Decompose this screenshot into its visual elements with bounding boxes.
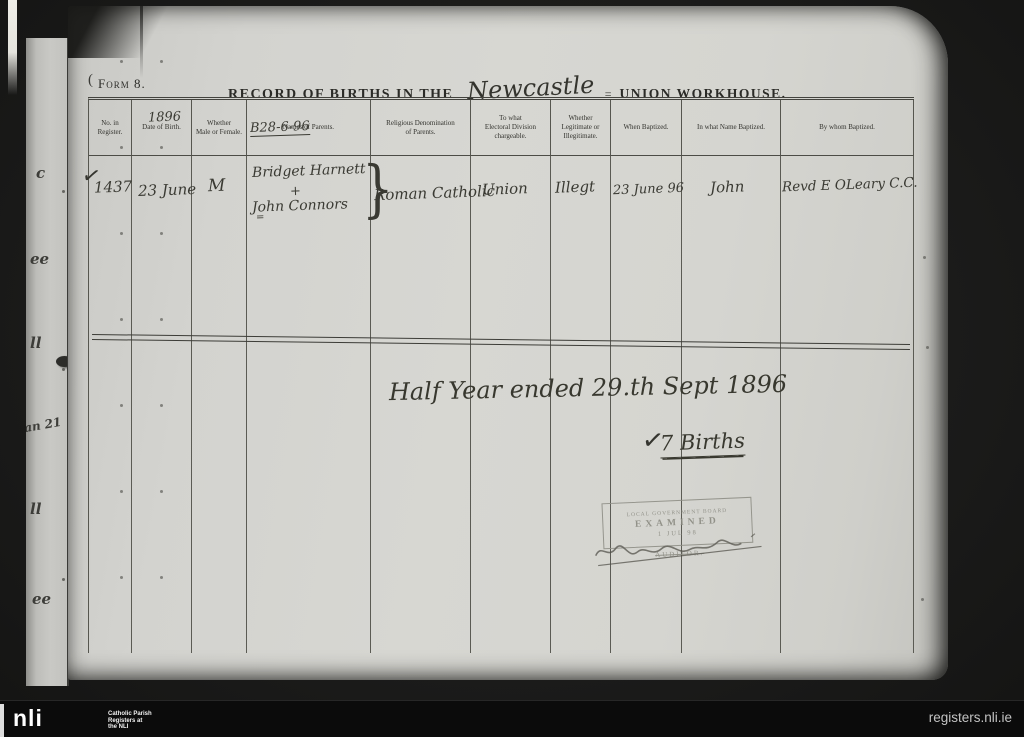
births-total: 7 Births bbox=[660, 429, 746, 459]
handwritten-code: B28-6-96 bbox=[250, 119, 310, 137]
column-header-label: By whom Baptized. bbox=[819, 123, 875, 132]
examined-stamp: LOCAL GOVERNMENT BOARD EXAMINED 1 JUL 98… bbox=[601, 497, 756, 578]
cell-electoral-division: Union bbox=[482, 179, 528, 199]
column-header-sex: Whether Male or Female. bbox=[192, 100, 247, 156]
table-column bbox=[781, 156, 914, 653]
table-column bbox=[247, 156, 371, 653]
adjacent-page-edge: c ee ll an 21 ll ee bbox=[26, 38, 69, 686]
bleed-fragment: c bbox=[36, 164, 45, 182]
column-header-date-of-birth: Date of Birth. bbox=[132, 100, 192, 156]
handwritten-year: 1896 bbox=[148, 109, 182, 125]
column-header-baptized-by: By whom Baptized. bbox=[781, 100, 914, 156]
bleed-fragment: ll bbox=[30, 500, 41, 518]
table-column bbox=[192, 156, 247, 653]
parent2-mark: = bbox=[256, 212, 265, 223]
bleed-fragment: ll bbox=[30, 334, 41, 352]
table-column bbox=[471, 156, 551, 653]
column-header-legitimacy: Whether Legitimate or Illegitimate. bbox=[551, 100, 611, 156]
column-header-label: Religious Denomination of Parents. bbox=[386, 119, 455, 137]
table-column bbox=[611, 156, 682, 653]
bleed-fragment: ee bbox=[32, 590, 51, 608]
cell-when-baptized: 23 June 96 bbox=[613, 181, 684, 198]
table-column bbox=[89, 156, 132, 653]
column-header-baptized-name: In what Name Baptized. bbox=[682, 100, 781, 156]
bleed-fragment: an 21 bbox=[26, 415, 62, 435]
cell-baptized-name: John bbox=[710, 177, 745, 196]
footer-bar: nli Catholic Parish Registers at the NLI… bbox=[0, 700, 1024, 737]
column-header-religion: Religious Denomination of Parents. bbox=[371, 100, 471, 156]
column-header-label: Whether Legitimate or Illegitimate. bbox=[562, 114, 600, 141]
nli-logo-caption: Catholic Parish Registers at the NLI bbox=[108, 711, 152, 731]
form-number-label: Form 8. bbox=[98, 76, 146, 92]
cell-parent2: John Connors bbox=[252, 196, 349, 215]
column-header-label: Whether Male or Female. bbox=[196, 119, 242, 137]
column-header-label: In what Name Baptized. bbox=[697, 123, 765, 132]
scan-viewport: c ee ll an 21 ll ee ( Form 8. RECORD OF … bbox=[0, 0, 1024, 737]
scan-edge-artifact bbox=[8, 0, 17, 95]
column-header-label: No. in Register. bbox=[98, 119, 123, 137]
header-paren: ( bbox=[88, 72, 93, 89]
column-header-when-baptized: When Baptized. bbox=[611, 100, 682, 156]
parents-joiner: + bbox=[290, 184, 301, 199]
table-column bbox=[132, 156, 192, 653]
column-header-label: To what Electoral Division chargeable. bbox=[485, 114, 536, 141]
cell-legitimacy: Illegt bbox=[555, 177, 596, 196]
nli-logo: nli bbox=[13, 705, 43, 732]
column-header-electoral-division: To what Electoral Division chargeable. bbox=[471, 100, 551, 156]
column-header-label: When Baptized. bbox=[623, 123, 668, 132]
table-column bbox=[682, 156, 781, 653]
footer-edge-artifact bbox=[0, 704, 4, 737]
bleed-fragment: ee bbox=[30, 250, 49, 268]
site-watermark: registers.nli.ie bbox=[929, 710, 1012, 725]
cell-date-of-birth: 23 June bbox=[138, 180, 197, 200]
table-column bbox=[551, 156, 611, 653]
auditor-signature bbox=[592, 518, 769, 576]
register-page: ( Form 8. RECORD OF BIRTHS IN THE Newcas… bbox=[68, 6, 948, 680]
cell-sex: M bbox=[208, 176, 226, 197]
column-header-register-no: No. in Register. bbox=[89, 100, 132, 156]
cell-register-no: 1437 bbox=[94, 177, 133, 196]
